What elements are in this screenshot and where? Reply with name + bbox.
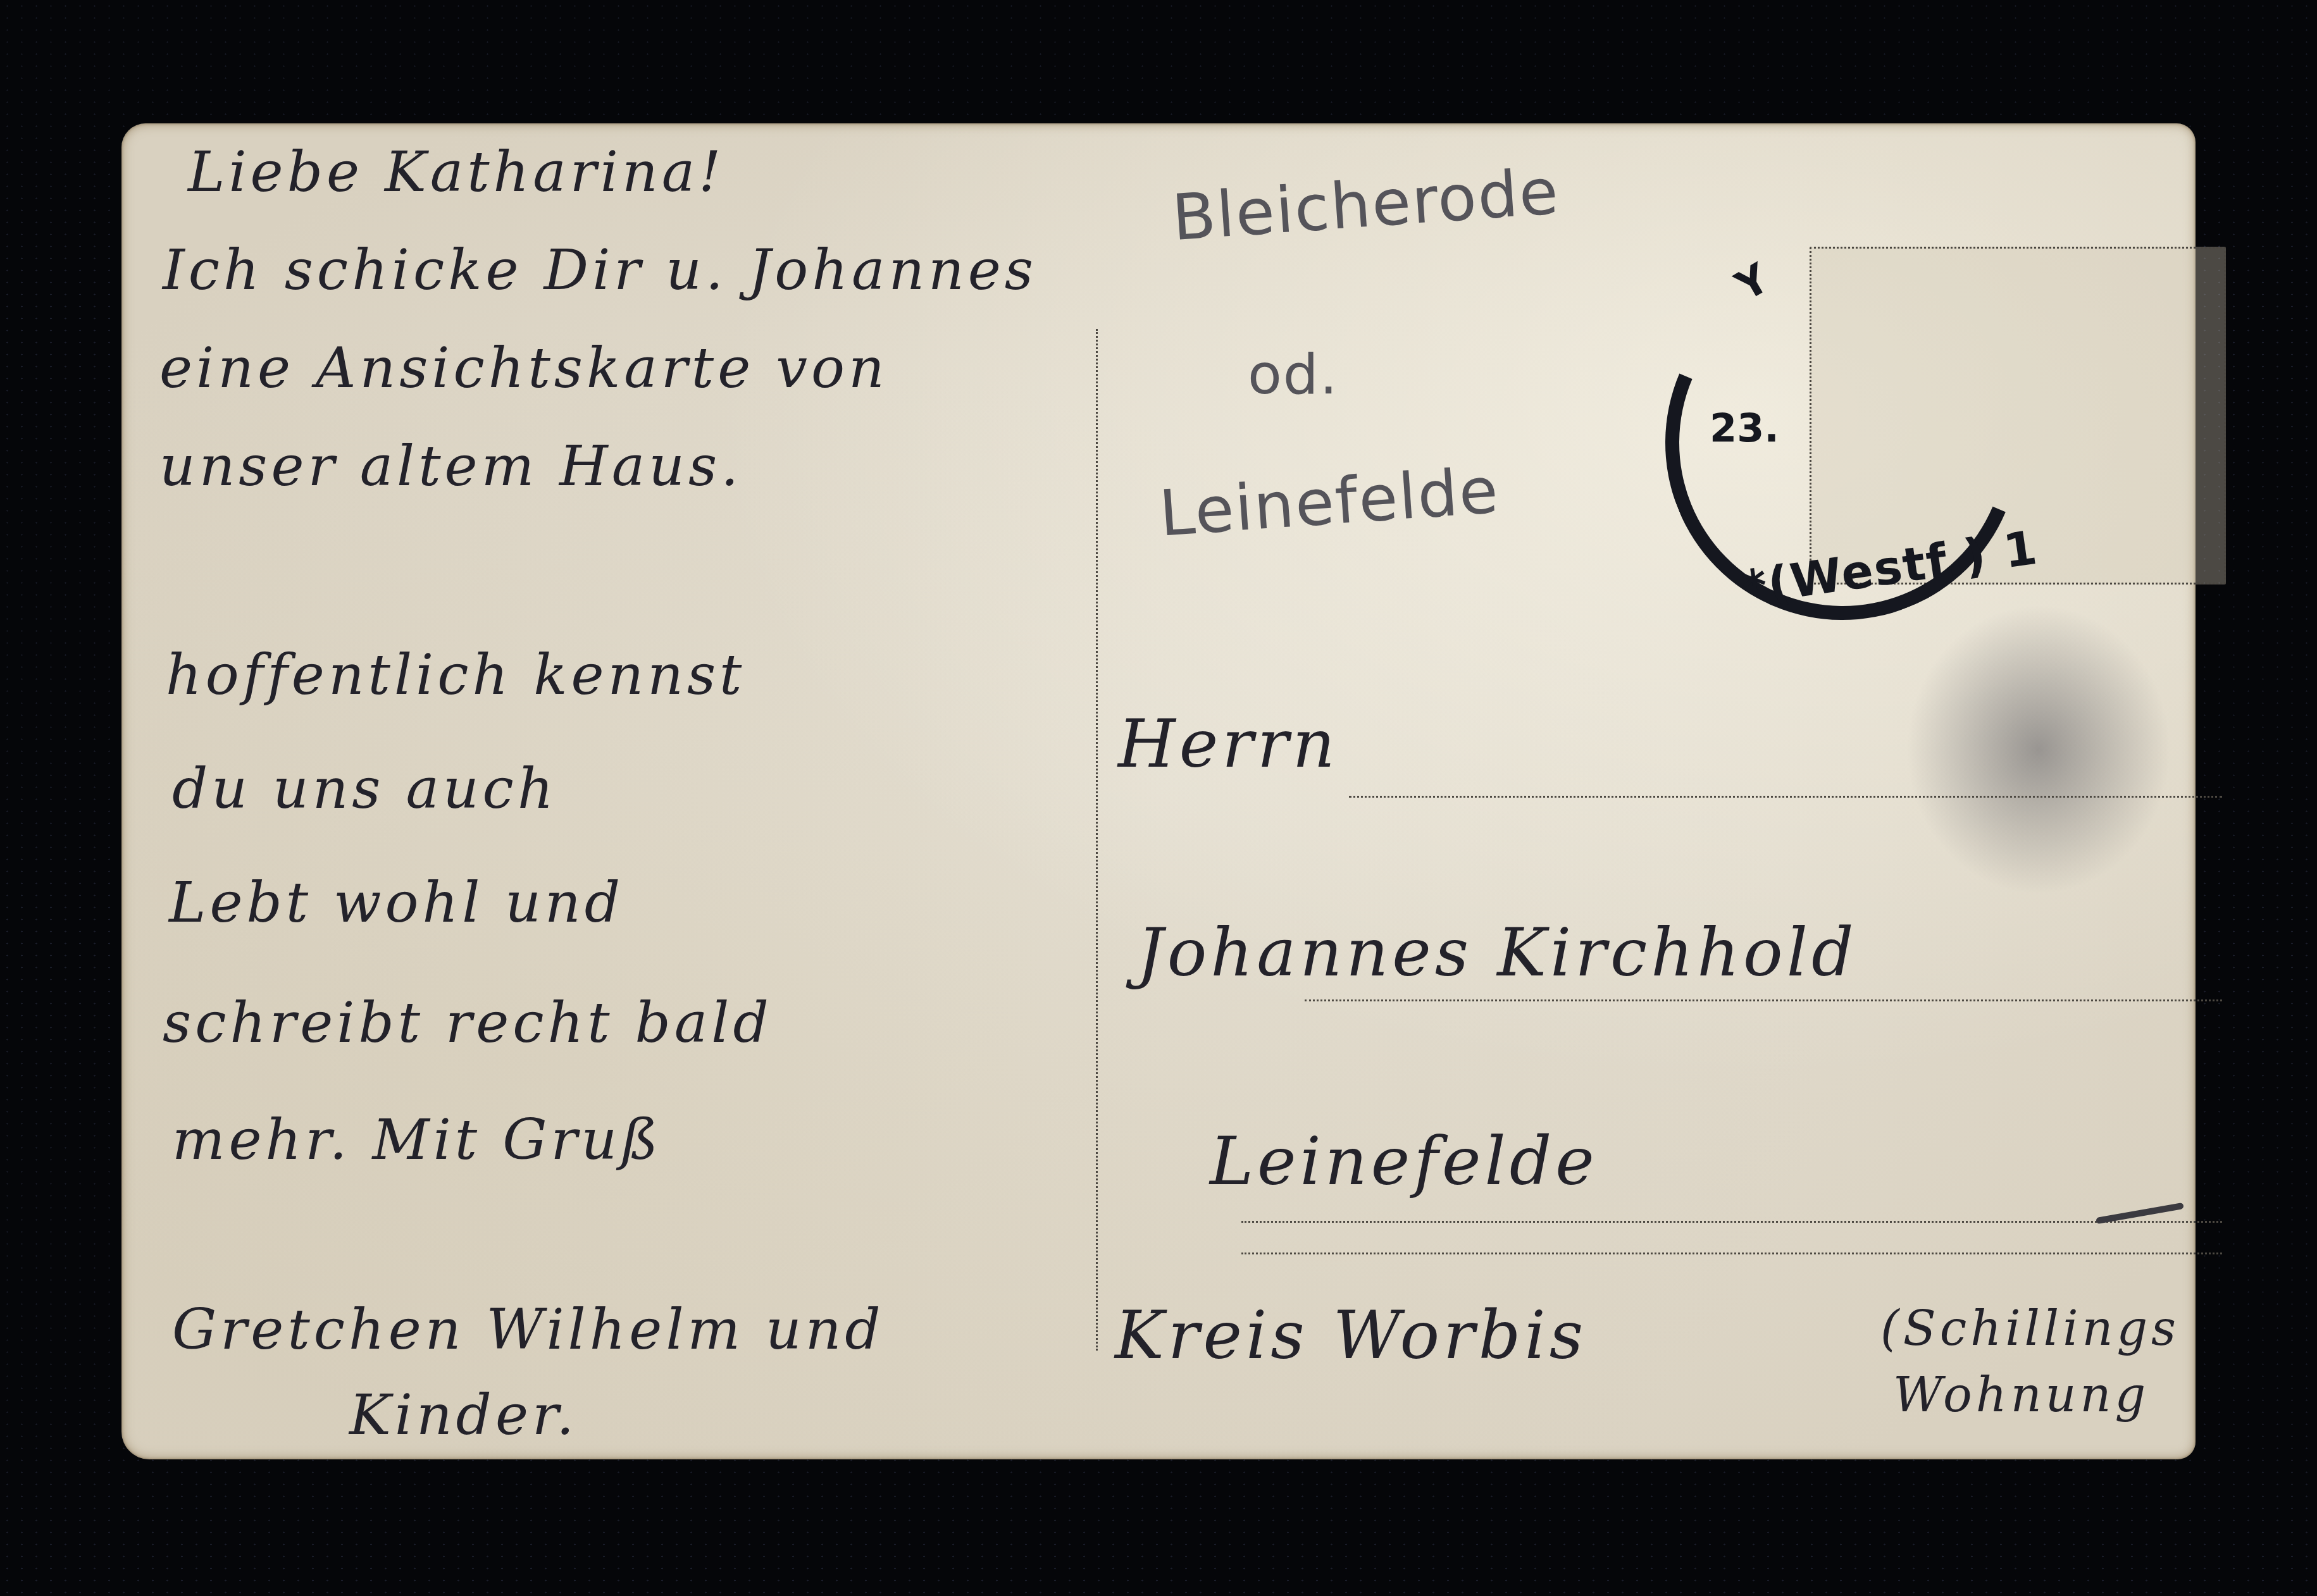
address-dotted-line-2 [1305, 999, 2222, 1001]
address-city: Leinefelde [1210, 1123, 1598, 1200]
message-line-4: unser altem Haus. [159, 433, 742, 498]
address-salutation: Herrn [1118, 705, 1339, 783]
message-line-10: Gretchen Wilhelm und [172, 1297, 885, 1362]
address-name: Johannes Kirchhold [1137, 914, 1858, 991]
pencil-note-line-3: Leinefelde [1157, 453, 1502, 550]
postmark-date: 23. [1710, 405, 1779, 451]
message-line-2: Ich schicke Dir u. Johannes [163, 237, 1037, 302]
message-line-5: hoffentlich kennst [166, 642, 745, 707]
address-note-2: Wohnung [1893, 1366, 2149, 1423]
center-divider-dotted-line [1096, 329, 1098, 1351]
postcard: Liebe Katharina! Ich schicke Dir u. Joha… [121, 123, 2196, 1459]
pencil-note-line-2: od. [1248, 342, 1339, 407]
message-line-1: Liebe Katharina! [188, 139, 724, 204]
address-dotted-line-3 [1241, 1221, 2222, 1223]
address-dotted-line-4 [1241, 1253, 2222, 1254]
pencil-note-line-1: Bleicherode [1170, 154, 1562, 255]
address-note: (Schillings [1880, 1300, 2180, 1356]
address-district: Kreis Worbis [1115, 1297, 1587, 1374]
message-line-3: eine Ansichtskarte von [159, 335, 888, 400]
message-line-7: Lebt wohl und [169, 870, 624, 935]
message-line-6: du uns auch [172, 756, 557, 821]
address-dotted-line-1 [1349, 796, 2222, 798]
message-line-9: mehr. Mit Gruß [172, 1107, 662, 1172]
message-line-11: Kinder. [349, 1382, 578, 1447]
postmark-smudge [1906, 604, 2171, 895]
message-line-8: schreibt recht bald [163, 990, 773, 1055]
